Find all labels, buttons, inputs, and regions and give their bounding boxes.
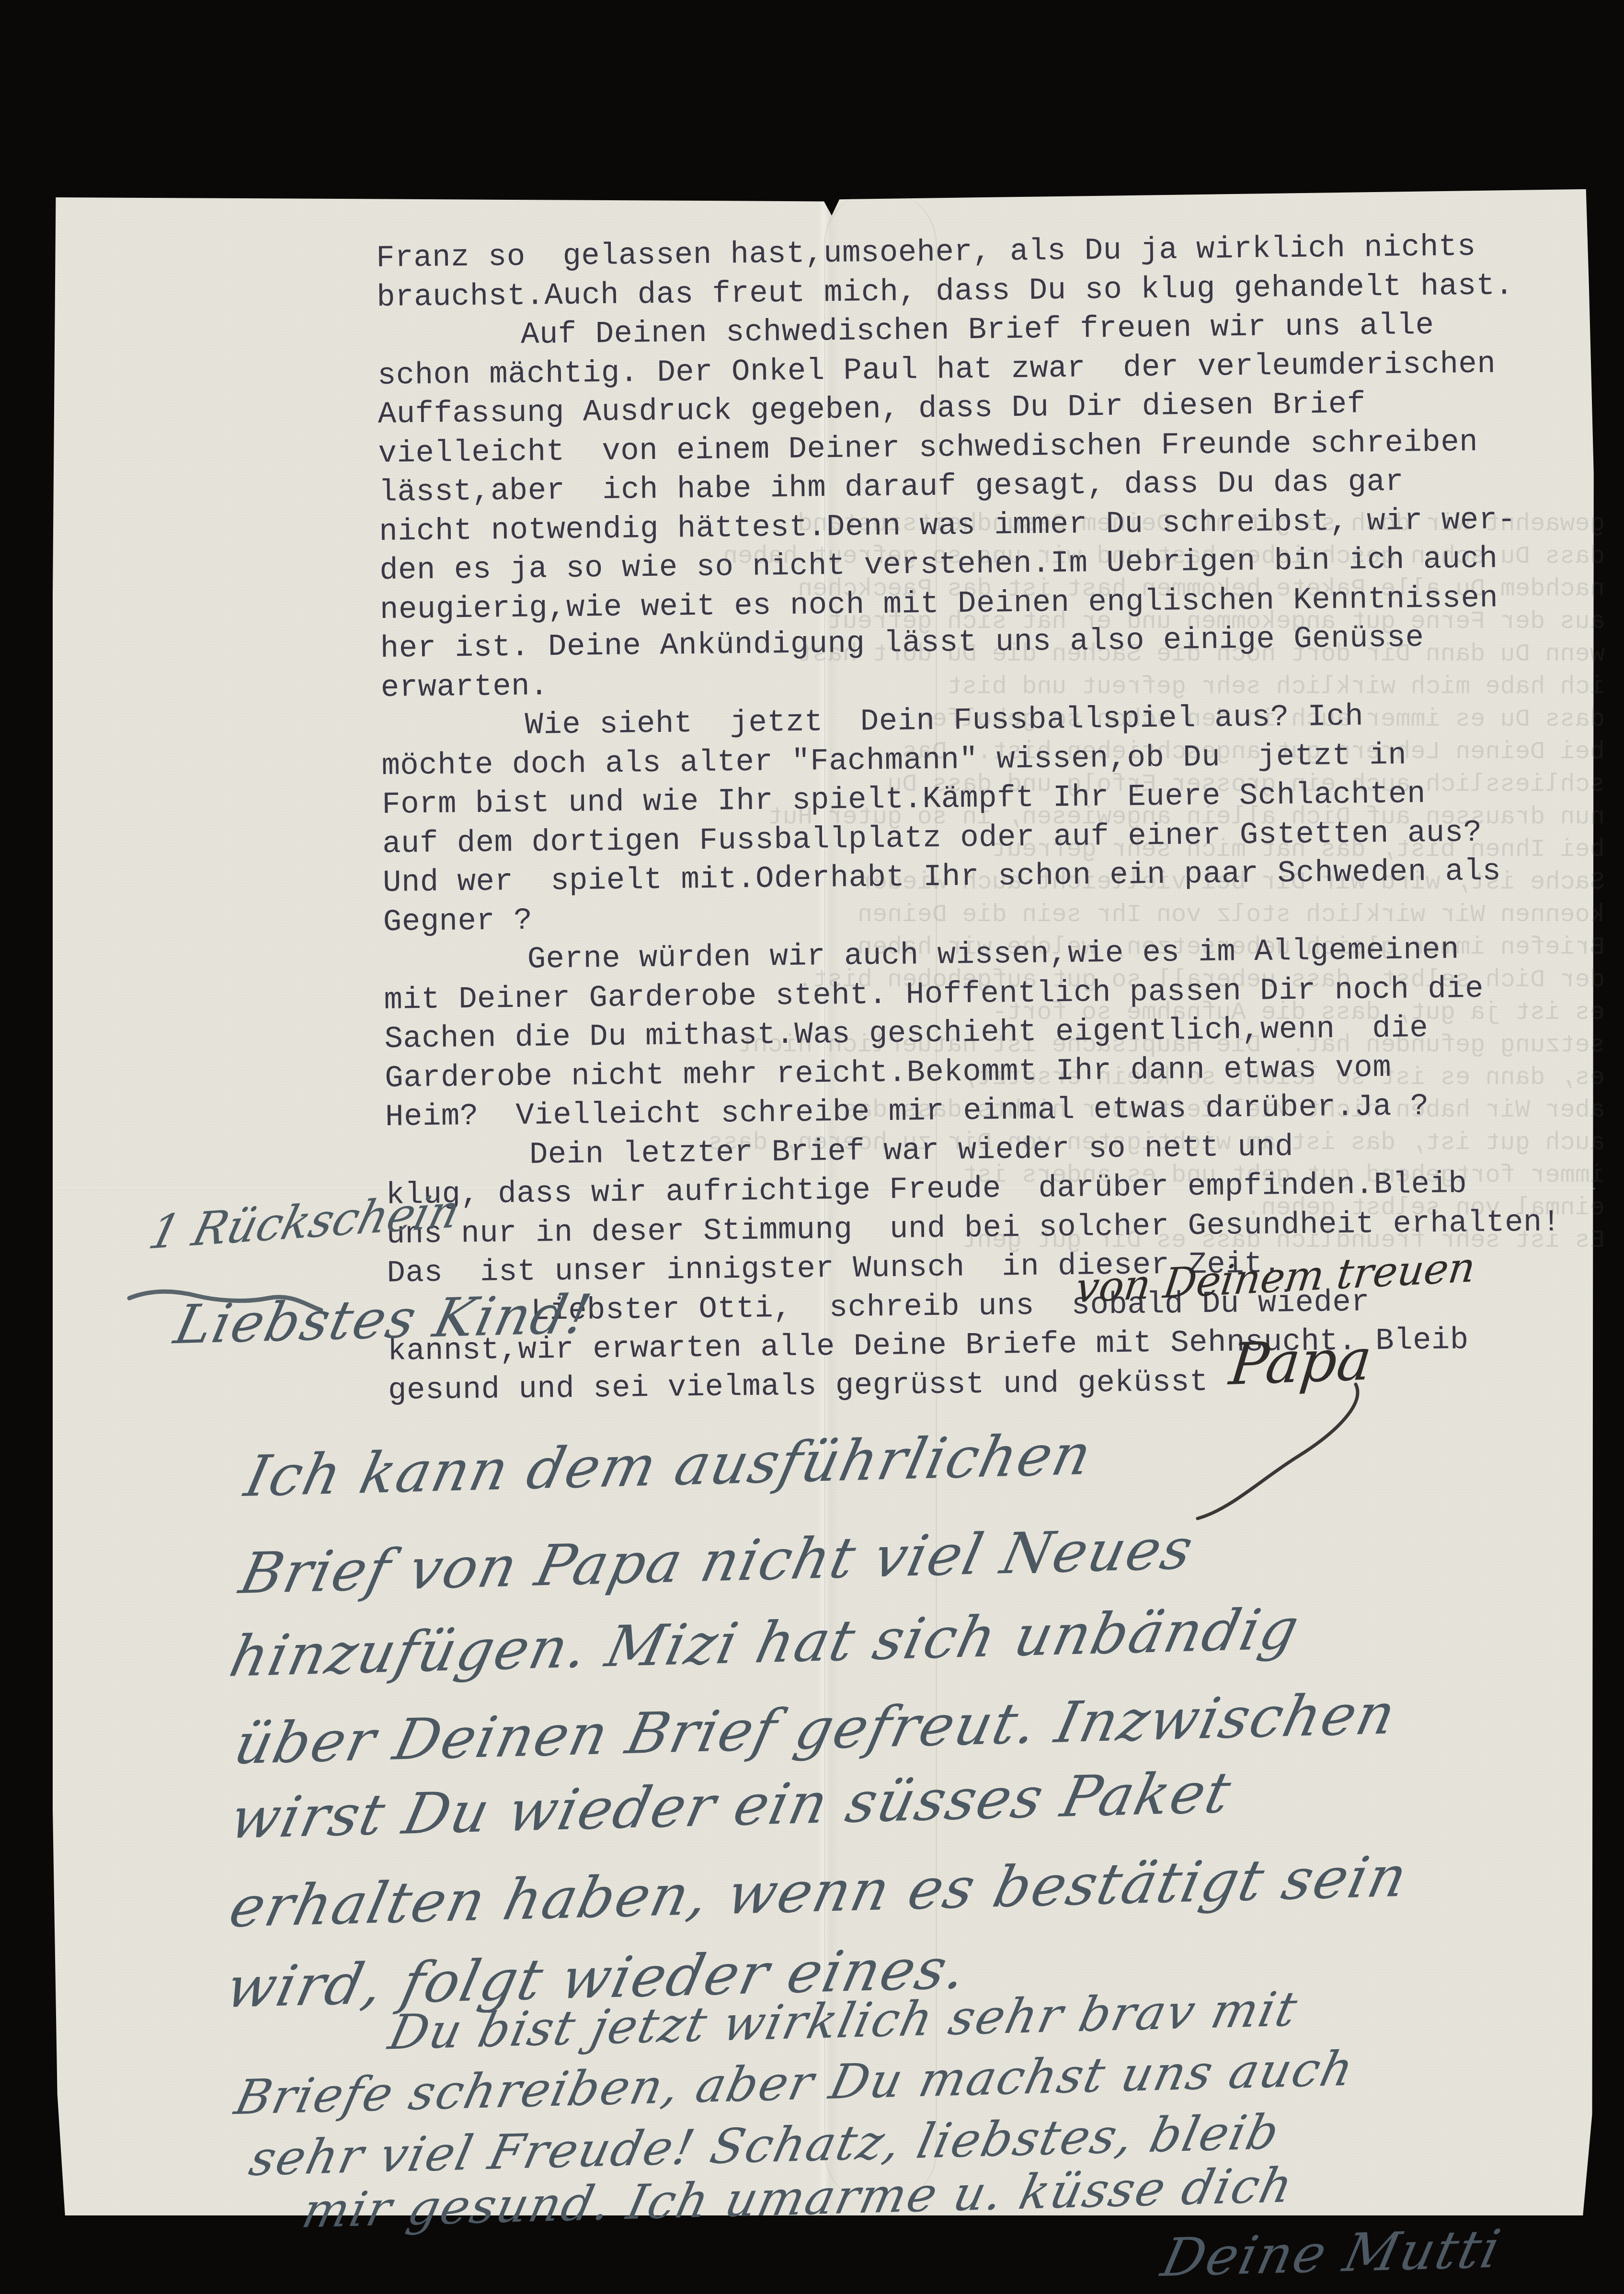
- signature-mutti: Deine Mutti: [1156, 2218, 1507, 2288]
- typewritten-letter-body: Franz so gelassen hast,umsoeher, als Du …: [376, 227, 1586, 1411]
- salutation-liebstes-kind: Liebstes Kind!: [169, 1283, 598, 1356]
- signature-flourish: [1126, 1375, 1375, 1533]
